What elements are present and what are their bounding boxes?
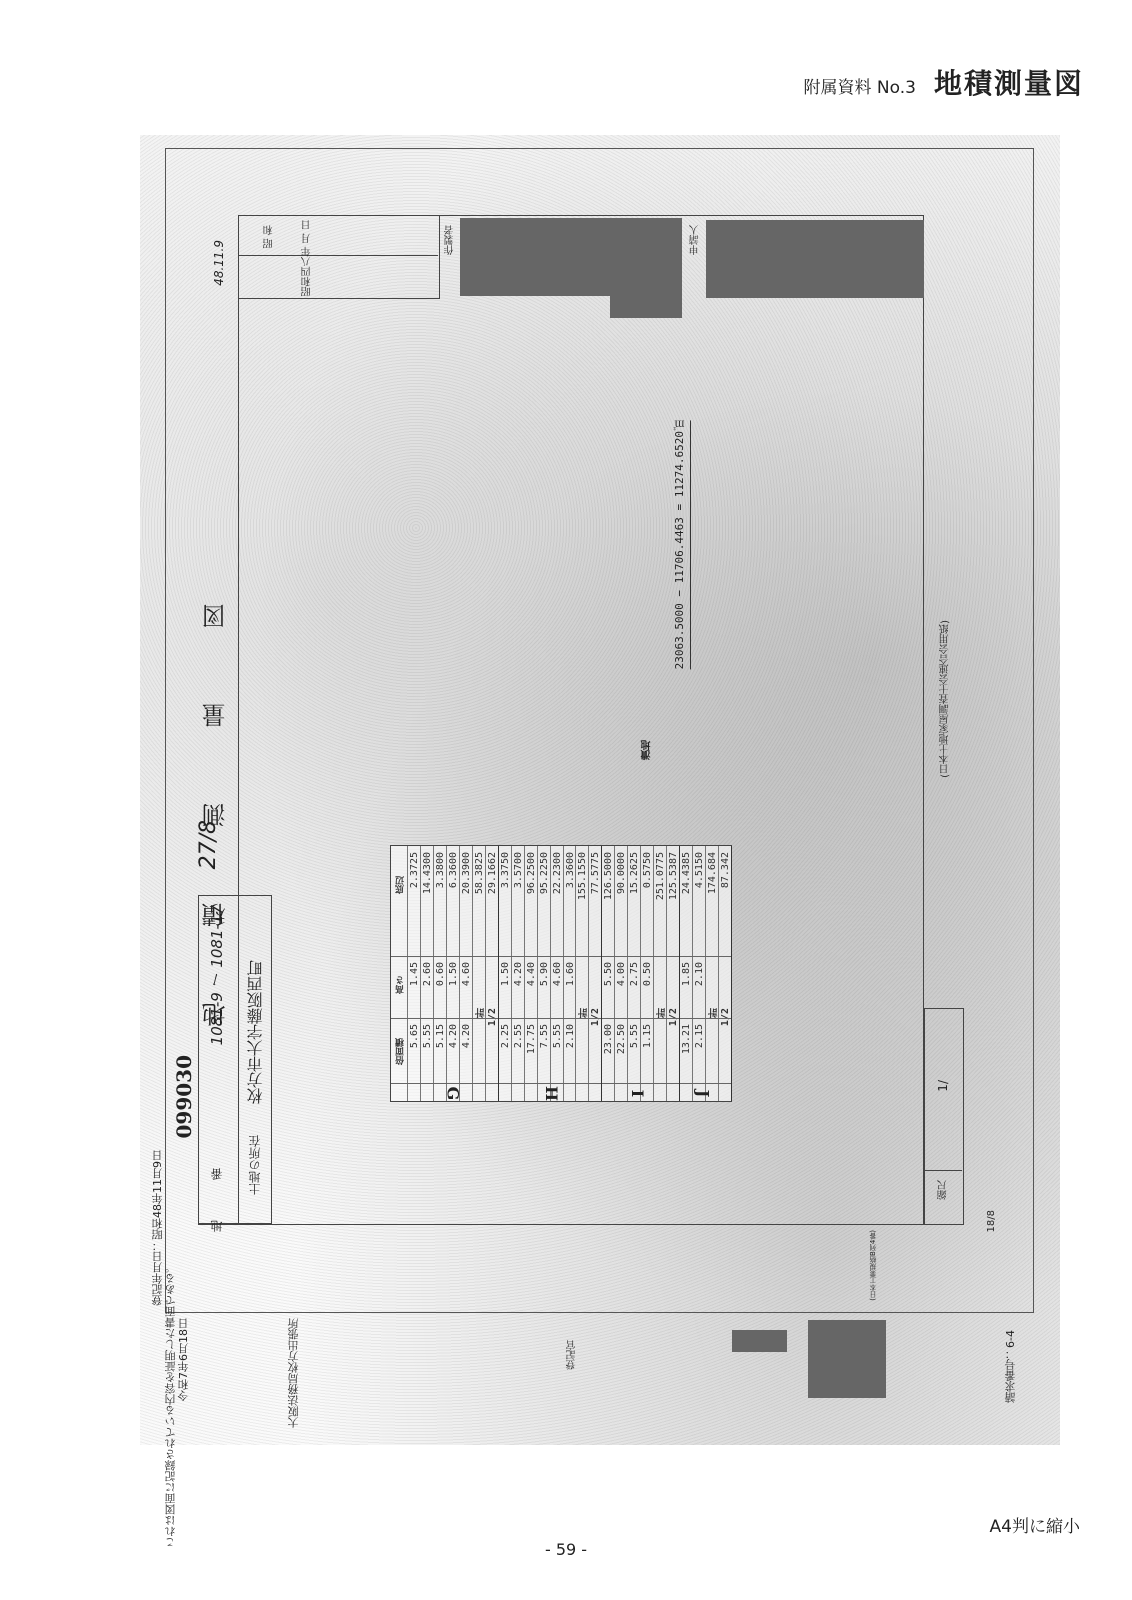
group-separator <box>731 846 732 1101</box>
table-column-line <box>511 846 512 1101</box>
double-area-cell: 3.3800 <box>435 852 446 888</box>
redacted-maker <box>460 218 682 296</box>
sheet-title: 地 積 測 量 図 <box>198 570 233 1027</box>
location-label: 土地の所在 <box>246 1135 263 1195</box>
double-area-cell: 77.5775 <box>590 852 601 894</box>
height-cell: 2.60 <box>422 962 433 986</box>
height-cell: 2.75 <box>629 962 640 986</box>
table-column-line <box>459 846 460 1101</box>
redacted-maker-ext <box>610 296 682 318</box>
height-cell: 1.45 <box>409 962 420 986</box>
base-cell: 5.55 <box>552 1024 563 1048</box>
group-label: J <box>693 1090 712 1098</box>
area-calculation-table: 倍面積高さ底辺2.37251.455.6514.43002.605.553.38… <box>390 845 732 1102</box>
double-area-cell: 14.4300 <box>422 852 433 894</box>
date-era: 昭 和 <box>262 225 277 248</box>
base-cell: 5.55 <box>422 1024 433 1048</box>
base-cell: 5.55 <box>629 1024 640 1048</box>
height-cell: 2.10 <box>694 962 705 986</box>
group-label: G <box>444 1087 463 1101</box>
area-statement-label: 潰地 <box>640 740 655 760</box>
redacted-seal <box>808 1320 886 1398</box>
double-area-cell: 58.3825 <box>474 852 485 894</box>
scale-label: 縮尺 <box>936 1180 951 1200</box>
request-number: 請求番号：6-4 <box>1003 1330 1019 1403</box>
base-cell: 7.55 <box>539 1024 550 1048</box>
base-cell: 13.21 <box>681 1024 692 1054</box>
height-cell: 1.85 <box>681 962 692 986</box>
double-area-cell: 90.0000 <box>616 852 627 894</box>
height-cell: 4.00 <box>616 962 627 986</box>
certification-date: 令和7年6月18日 <box>176 1318 192 1401</box>
group-separator <box>498 846 499 1101</box>
base-cell: 4.20 <box>448 1024 459 1048</box>
double-area-cell: 6.3600 <box>448 852 459 888</box>
area-statement: 23063.5000 − 11706.4463 = 11274.6520㎡ <box>672 420 691 669</box>
group-separator <box>601 846 602 1101</box>
base-cell: 2.55 <box>513 1024 524 1048</box>
table-column-line <box>524 846 525 1101</box>
scale-divider <box>924 1170 962 1171</box>
double-area-cell: 96.2500 <box>526 852 537 894</box>
table-column-line <box>718 846 719 1101</box>
double-area-cell: 15.2625 <box>629 852 640 894</box>
redacted-name <box>732 1330 787 1352</box>
base-cell: 5.65 <box>409 1024 420 1048</box>
date-value: 昭和四八年 月 日 <box>300 220 315 296</box>
double-area-cell: 251.0775 <box>655 852 666 900</box>
location-value: 枚方市大字藤阪西町 <box>244 960 267 1104</box>
height-cell: 5.90 <box>539 962 550 986</box>
height-cell: 1.50 <box>500 962 511 986</box>
double-area-cell: 24.4385 <box>681 852 692 894</box>
registrar-label: 登記官 <box>565 1340 580 1370</box>
applicant-label: 申請人 <box>688 225 703 255</box>
table-header: 底辺 <box>394 876 407 894</box>
height-cell: 4.60 <box>552 962 563 986</box>
table-header: 高さ <box>394 976 407 994</box>
group-label: H <box>542 1086 561 1101</box>
table-column-line <box>433 846 434 1101</box>
table-header: 倍面積 <box>394 1038 407 1065</box>
height-cell: 0.50 <box>642 962 653 986</box>
double-area-cell: 20.3900 <box>461 852 472 894</box>
double-area-cell: 4.5150 <box>694 852 705 888</box>
sheet-count: 18/8 <box>986 1210 997 1232</box>
page-header: 附属資料 No.3 地積測量図 <box>804 62 1084 102</box>
double-area-cell: 2.3725 <box>409 852 420 888</box>
height-cell: 4.40 <box>526 962 537 986</box>
double-area-cell: 22.2300 <box>552 852 563 894</box>
double-area-cell: 29.1662 <box>487 852 498 894</box>
double-area-cell: 174.684 <box>707 852 718 894</box>
appendix-label: 附属資料 No.3 <box>804 73 916 98</box>
double-area-cell: 155.1550 <box>577 852 588 900</box>
issuing-office: 大阪法務局枚方出張所 <box>286 1318 302 1428</box>
double-area-cell: 126.5000 <box>603 852 614 900</box>
double-area-cell: 87.342 <box>720 852 731 888</box>
double-area-cell: 3.3600 <box>565 852 576 888</box>
table-column-line <box>550 846 551 1101</box>
double-area-cell: 3.5700 <box>513 852 524 888</box>
base-cell: 17.75 <box>526 1024 537 1054</box>
group-separator <box>679 846 680 1101</box>
table-column-line <box>446 846 447 1101</box>
double-area-cell: 0.5750 <box>642 852 653 888</box>
base-cell: 1.15 <box>642 1024 653 1048</box>
map-number: 099030 <box>172 1055 196 1139</box>
table-column-line <box>407 846 408 1101</box>
table-column-line <box>705 846 706 1101</box>
date-divider <box>238 255 438 256</box>
scale-value: 1/ <box>936 1080 950 1092</box>
base-cell: 5.15 <box>435 1024 446 1048</box>
height-cell: 5.50 <box>603 962 614 986</box>
base-cell: 2.25 <box>500 1024 511 1048</box>
page-number: - 59 - <box>0 1540 1132 1559</box>
base-cell: 22.50 <box>616 1024 627 1054</box>
height-cell: 4.60 <box>461 962 472 986</box>
table-column-line <box>692 846 693 1101</box>
maker-label: 作製者 <box>443 225 458 255</box>
height-cell: 0.60 <box>435 962 446 986</box>
table-column-line <box>537 846 538 1101</box>
paper-size-label: A4判に縮小 <box>990 1512 1080 1537</box>
base-cell: 2.15 <box>694 1024 705 1048</box>
double-area-cell: 125.5387 <box>668 852 679 900</box>
redacted-applicant <box>706 220 924 298</box>
height-cell: 1.60 <box>565 962 576 986</box>
base-cell: 4.20 <box>461 1024 472 1048</box>
table-column-line <box>420 846 421 1101</box>
table-column-line <box>485 846 486 1101</box>
group-label: I <box>629 1090 648 1097</box>
double-area-cell: 95.2250 <box>539 852 550 894</box>
paper-size-note: (日本工業規格B列4番) <box>868 1230 878 1301</box>
height-cell: 1.50 <box>448 962 459 986</box>
double-area-cell: 3.3750 <box>500 852 511 888</box>
table-column-line <box>472 846 473 1101</box>
paper-standard: (日本土地家屋調査士会連合会用紙) <box>938 620 953 778</box>
base-cell: 2.10 <box>565 1024 576 1048</box>
lot-label: 地 番 <box>208 1150 225 1232</box>
height-cell: 4.20 <box>513 962 524 986</box>
page-title: 地積測量図 <box>934 62 1084 102</box>
handwritten-date: 48.11.9 <box>212 240 226 286</box>
base-cell: 23.00 <box>603 1024 614 1054</box>
table-column-line <box>563 846 564 1101</box>
